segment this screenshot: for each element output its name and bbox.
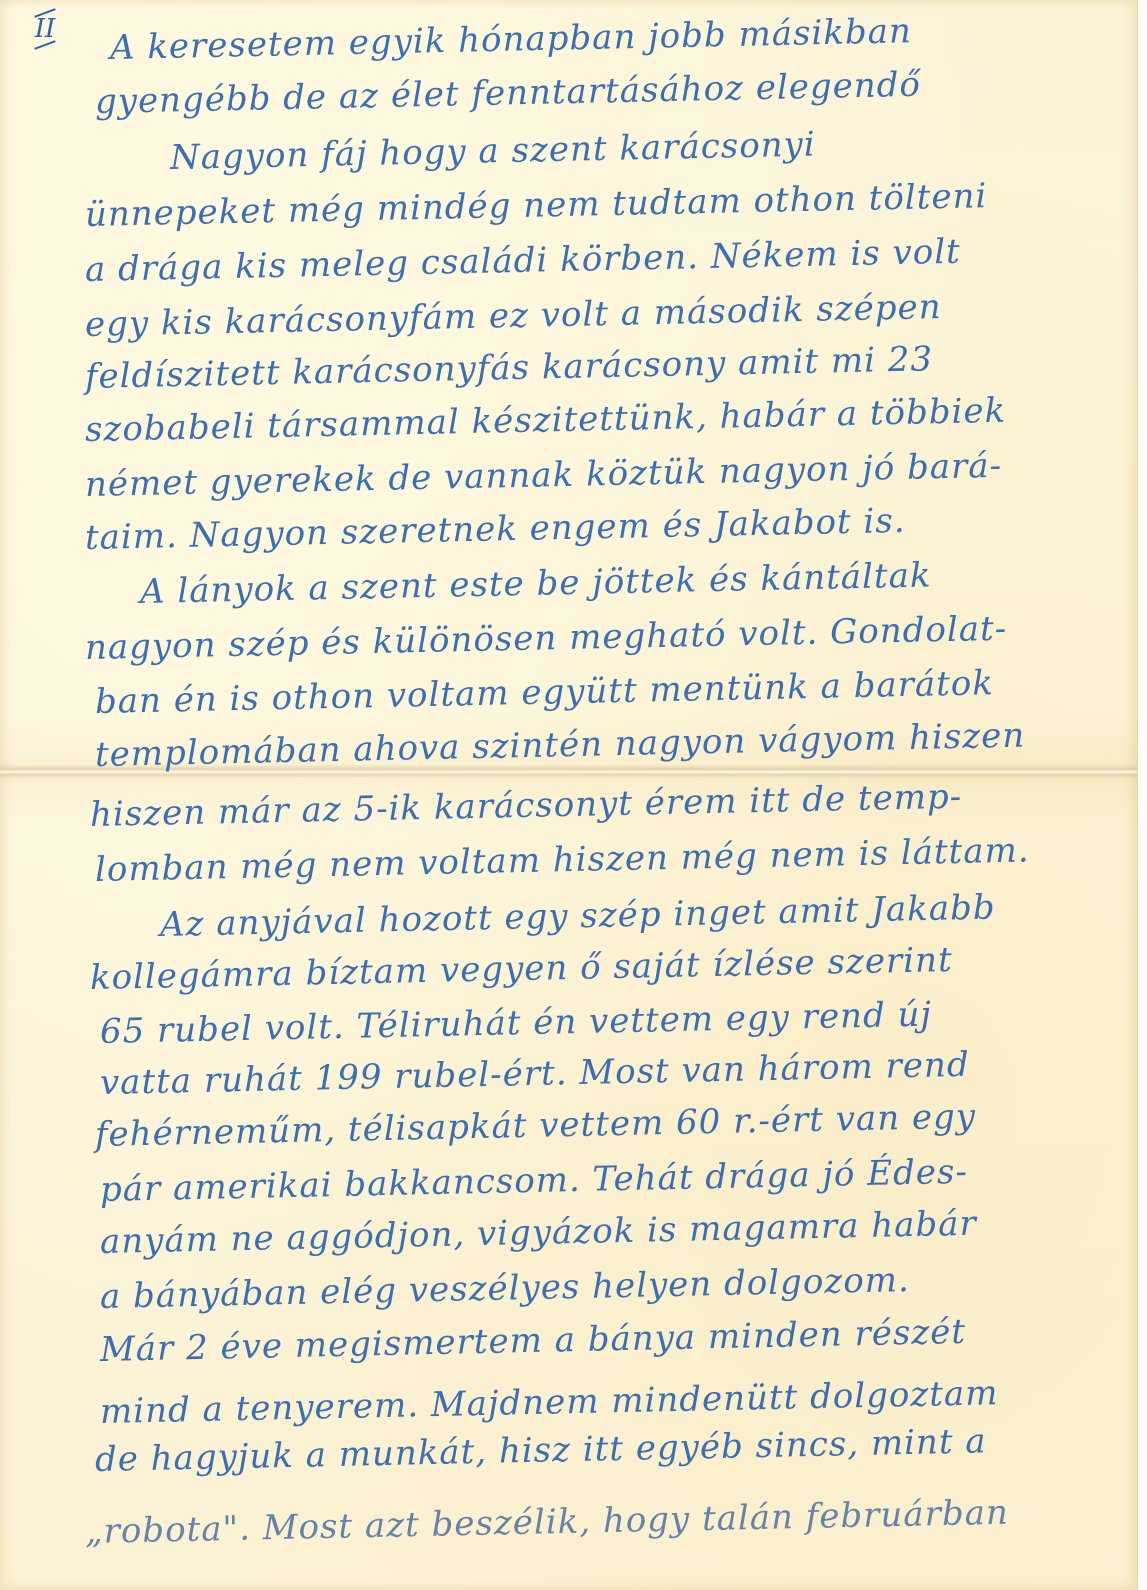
letter-line: feldíszitett karácsonyfás karácsony amit… — [85, 339, 934, 397]
letter-line: német gyerekek de vannak köztük nagyon j… — [85, 446, 1003, 505]
letter-line: ban én is othon voltam együtt mentünk a … — [95, 663, 995, 722]
letter-line: hiszen már az 5-ik karácsonyt érem itt d… — [90, 777, 963, 835]
letter-line: 65 rubel volt. Téliruhát én vettem egy r… — [100, 995, 933, 1052]
letter-line: a drága kis meleg családi körben. Nékem … — [85, 232, 962, 290]
letter-body: A keresetem egyik hónapban jobb másikban… — [0, 0, 1137, 1590]
letter-line: Már 2 éve megismertem a bánya minden rés… — [100, 1312, 967, 1370]
letter-line: fehérneműm, télisapkát vettem 60 r.-ért … — [95, 1097, 977, 1155]
letter-line: templomában ahova szintén nagyon vágyom … — [95, 716, 1026, 775]
letter-line: egy kis karácsonyfám ez volt a második s… — [85, 287, 942, 345]
letter-line: pár amerikai bakkancsom. Tehát drága jó … — [100, 1152, 969, 1210]
letter-line: Nagyon fáj hogy a szent karácsonyi — [170, 124, 816, 178]
letter-line: taim. Nagyon szeretnek engem és Jakabot … — [85, 501, 906, 558]
letter-line: vatta ruhát 199 rubel-ért. Most van háro… — [100, 1045, 970, 1103]
letter-line: „robota". Most azt beszélik, hogy talán … — [85, 1493, 1010, 1552]
letter-line: gyengébb de az élet fenntartásához elege… — [95, 65, 922, 122]
letter-line: Az anyjával hozott egy szép inget amit J… — [160, 888, 996, 945]
letter-line: lomban még nem voltam hiszen még nem is … — [95, 830, 1030, 890]
letter-line: szobabeli társammal készitettünk, habár … — [85, 391, 1007, 450]
letter-line: A lányok a szent este be jöttek és kántá… — [140, 555, 932, 612]
letter-line: A keresetem egyik hónapban jobb másikban — [110, 11, 913, 68]
letter-line: nagyon szép és különösen megható volt. G… — [85, 609, 1008, 668]
letter-line: anyám ne aggódjon, vigyázok is magamra h… — [100, 1204, 978, 1262]
letter-line: de hagyjuk a munkát, hisz itt egyéb sinc… — [95, 1421, 987, 1480]
letter-line: a bányában elég veszélyes helyen dolgozo… — [100, 1260, 911, 1317]
letter-line: kollegámra bíztam vegyen ő saját ízlése … — [90, 940, 953, 998]
letter-line: ünnepeket még mindég nem tudtam othon tö… — [85, 176, 988, 235]
